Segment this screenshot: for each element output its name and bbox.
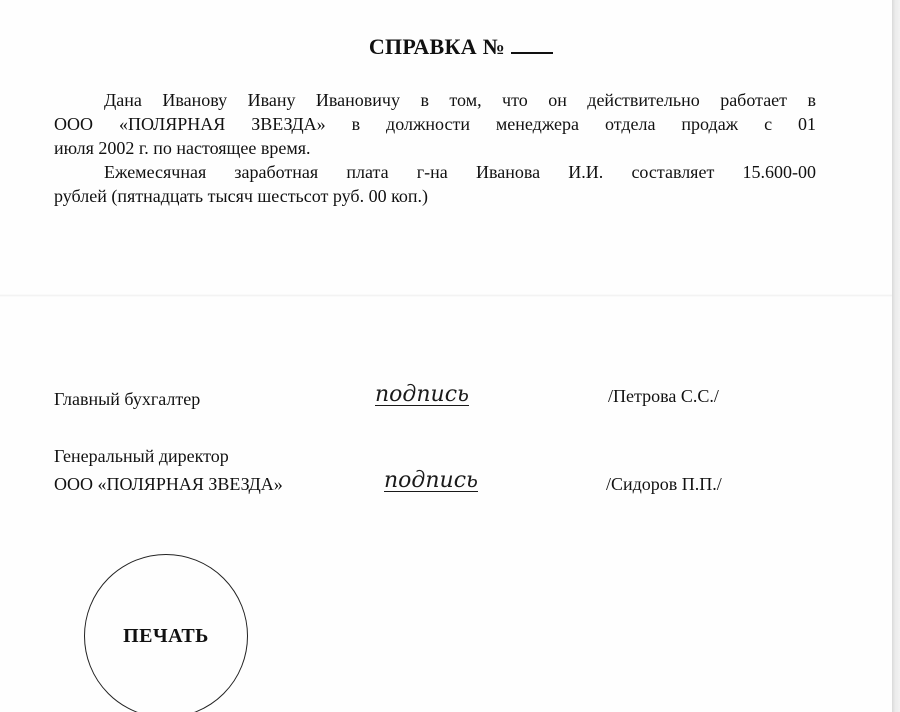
scan-edge-shadow bbox=[892, 0, 900, 712]
signer-position: Главный бухгалтер bbox=[54, 389, 200, 410]
paragraph-line: ООО «ПОЛЯРНАЯ ЗВЕЗДА» в должности менедж… bbox=[54, 112, 816, 136]
stamp-circle: ПЕЧАТЬ bbox=[84, 554, 248, 712]
paragraph-line: Дана Иванову Ивану Ивановичу в том, что … bbox=[54, 88, 816, 112]
title-text: СПРАВКА № bbox=[369, 34, 505, 59]
stamp-label: ПЕЧАТЬ bbox=[85, 625, 247, 648]
paper-fold-line bbox=[0, 294, 892, 297]
paragraph-line: Ежемесячная заработная плата г-на Иванов… bbox=[54, 160, 816, 184]
signer-position: Генеральный директор bbox=[54, 446, 229, 467]
signer-organization: ООО «ПОЛЯРНАЯ ЗВЕЗДА» bbox=[54, 474, 283, 495]
paragraph-line: июля 2002 г. по настоящее время. bbox=[54, 136, 816, 160]
signature-placeholder: подпись bbox=[384, 468, 478, 493]
signature-placeholder: подпись bbox=[375, 382, 469, 407]
paragraph-salary: Ежемесячная заработная плата г-на Иванов… bbox=[54, 160, 816, 208]
paragraph-line: рублей (пятнадцать тысяч шестьсот руб. 0… bbox=[54, 184, 816, 208]
signer-name: /Петрова С.С./ bbox=[608, 386, 719, 407]
paragraph-employment: Дана Иванову Ивану Ивановичу в том, что … bbox=[54, 88, 816, 160]
document-page: СПРАВКА № Дана Иванову Ивану Ивановичу в… bbox=[0, 0, 892, 712]
document-title: СПРАВКА № bbox=[0, 34, 892, 60]
certificate-number-blank bbox=[511, 38, 553, 54]
document-body: Дана Иванову Ивану Ивановичу в том, что … bbox=[54, 88, 816, 208]
signer-name: /Сидоров П.П./ bbox=[606, 474, 722, 495]
